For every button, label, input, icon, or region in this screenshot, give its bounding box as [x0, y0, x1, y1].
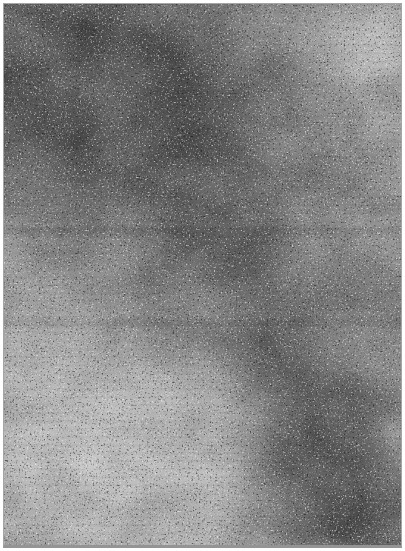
grain-noise-texture	[4, 4, 401, 545]
cloud-mottle-light	[4, 4, 401, 545]
rug-surface	[3, 3, 402, 548]
pile-streaks-texture	[4, 4, 401, 545]
cloud-mottle-dark	[4, 4, 401, 545]
speckle-light	[4, 4, 401, 545]
rug-product-photo	[0, 0, 405, 551]
speckle-dark	[4, 4, 401, 545]
